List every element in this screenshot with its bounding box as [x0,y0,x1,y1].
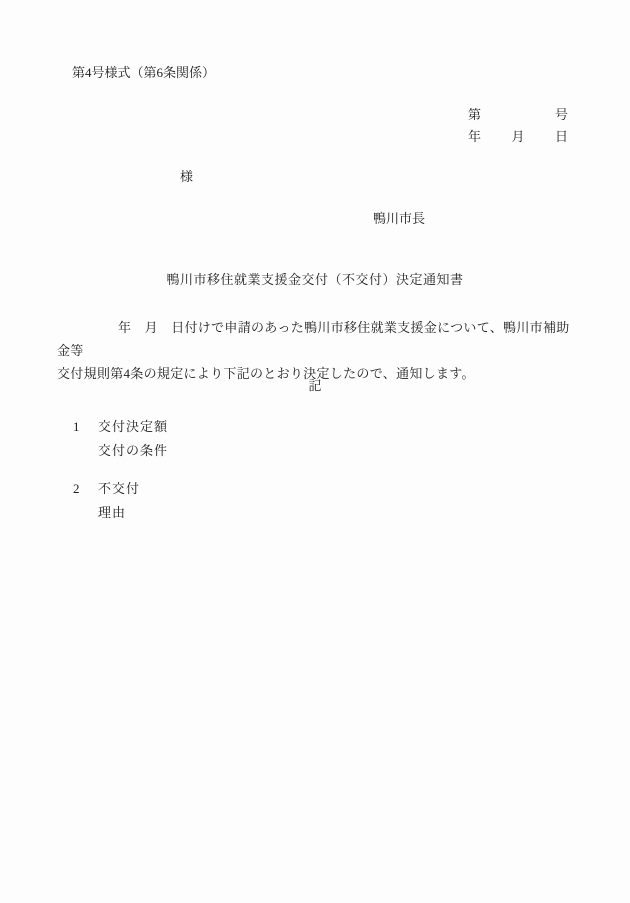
doc-number-line: 第 号 [468,108,568,121]
date-line: 年 月 日 [468,130,568,143]
doc-number-prefix: 第 [468,108,481,121]
document-title: 鴨川市移住就業支援金交付（不交付）決定通知書 [0,273,630,286]
form-number: 第4号様式（第6条関係） [72,66,215,79]
body-line-1: 年 月 日付けで申請のあった鴨川市移住就業支援金について、鴨川市補助金等 [57,316,575,362]
date-month-label: 月 [511,130,524,143]
list-item-2: 2 不交付 [73,482,140,495]
sender-signature: 鴨川市長 [373,212,425,225]
list-item-1: 1 交付決定額 [73,420,168,433]
item-1-sublabel: 交付の条件 [98,444,168,457]
item-2-number: 2 [73,482,98,495]
item-2-label: 不交付 [98,482,140,495]
doc-number-suffix: 号 [555,108,568,121]
document-page: 第4号様式（第6条関係） 第 号 年 月 日 様 鴨川市長 鴨川市移住就業支援金… [0,0,630,903]
item-1-number: 1 [73,420,98,433]
body-paragraph: 年 月 日付けで申請のあった鴨川市移住就業支援金について、鴨川市補助金等 交付規… [57,316,575,385]
date-day-label: 日 [555,130,568,143]
record-marker: 記 [0,379,630,392]
item-1-label: 交付決定額 [98,420,168,433]
addressee-honorific: 様 [180,170,193,183]
item-2-sublabel: 理由 [98,506,126,519]
date-year-label: 年 [468,130,481,143]
